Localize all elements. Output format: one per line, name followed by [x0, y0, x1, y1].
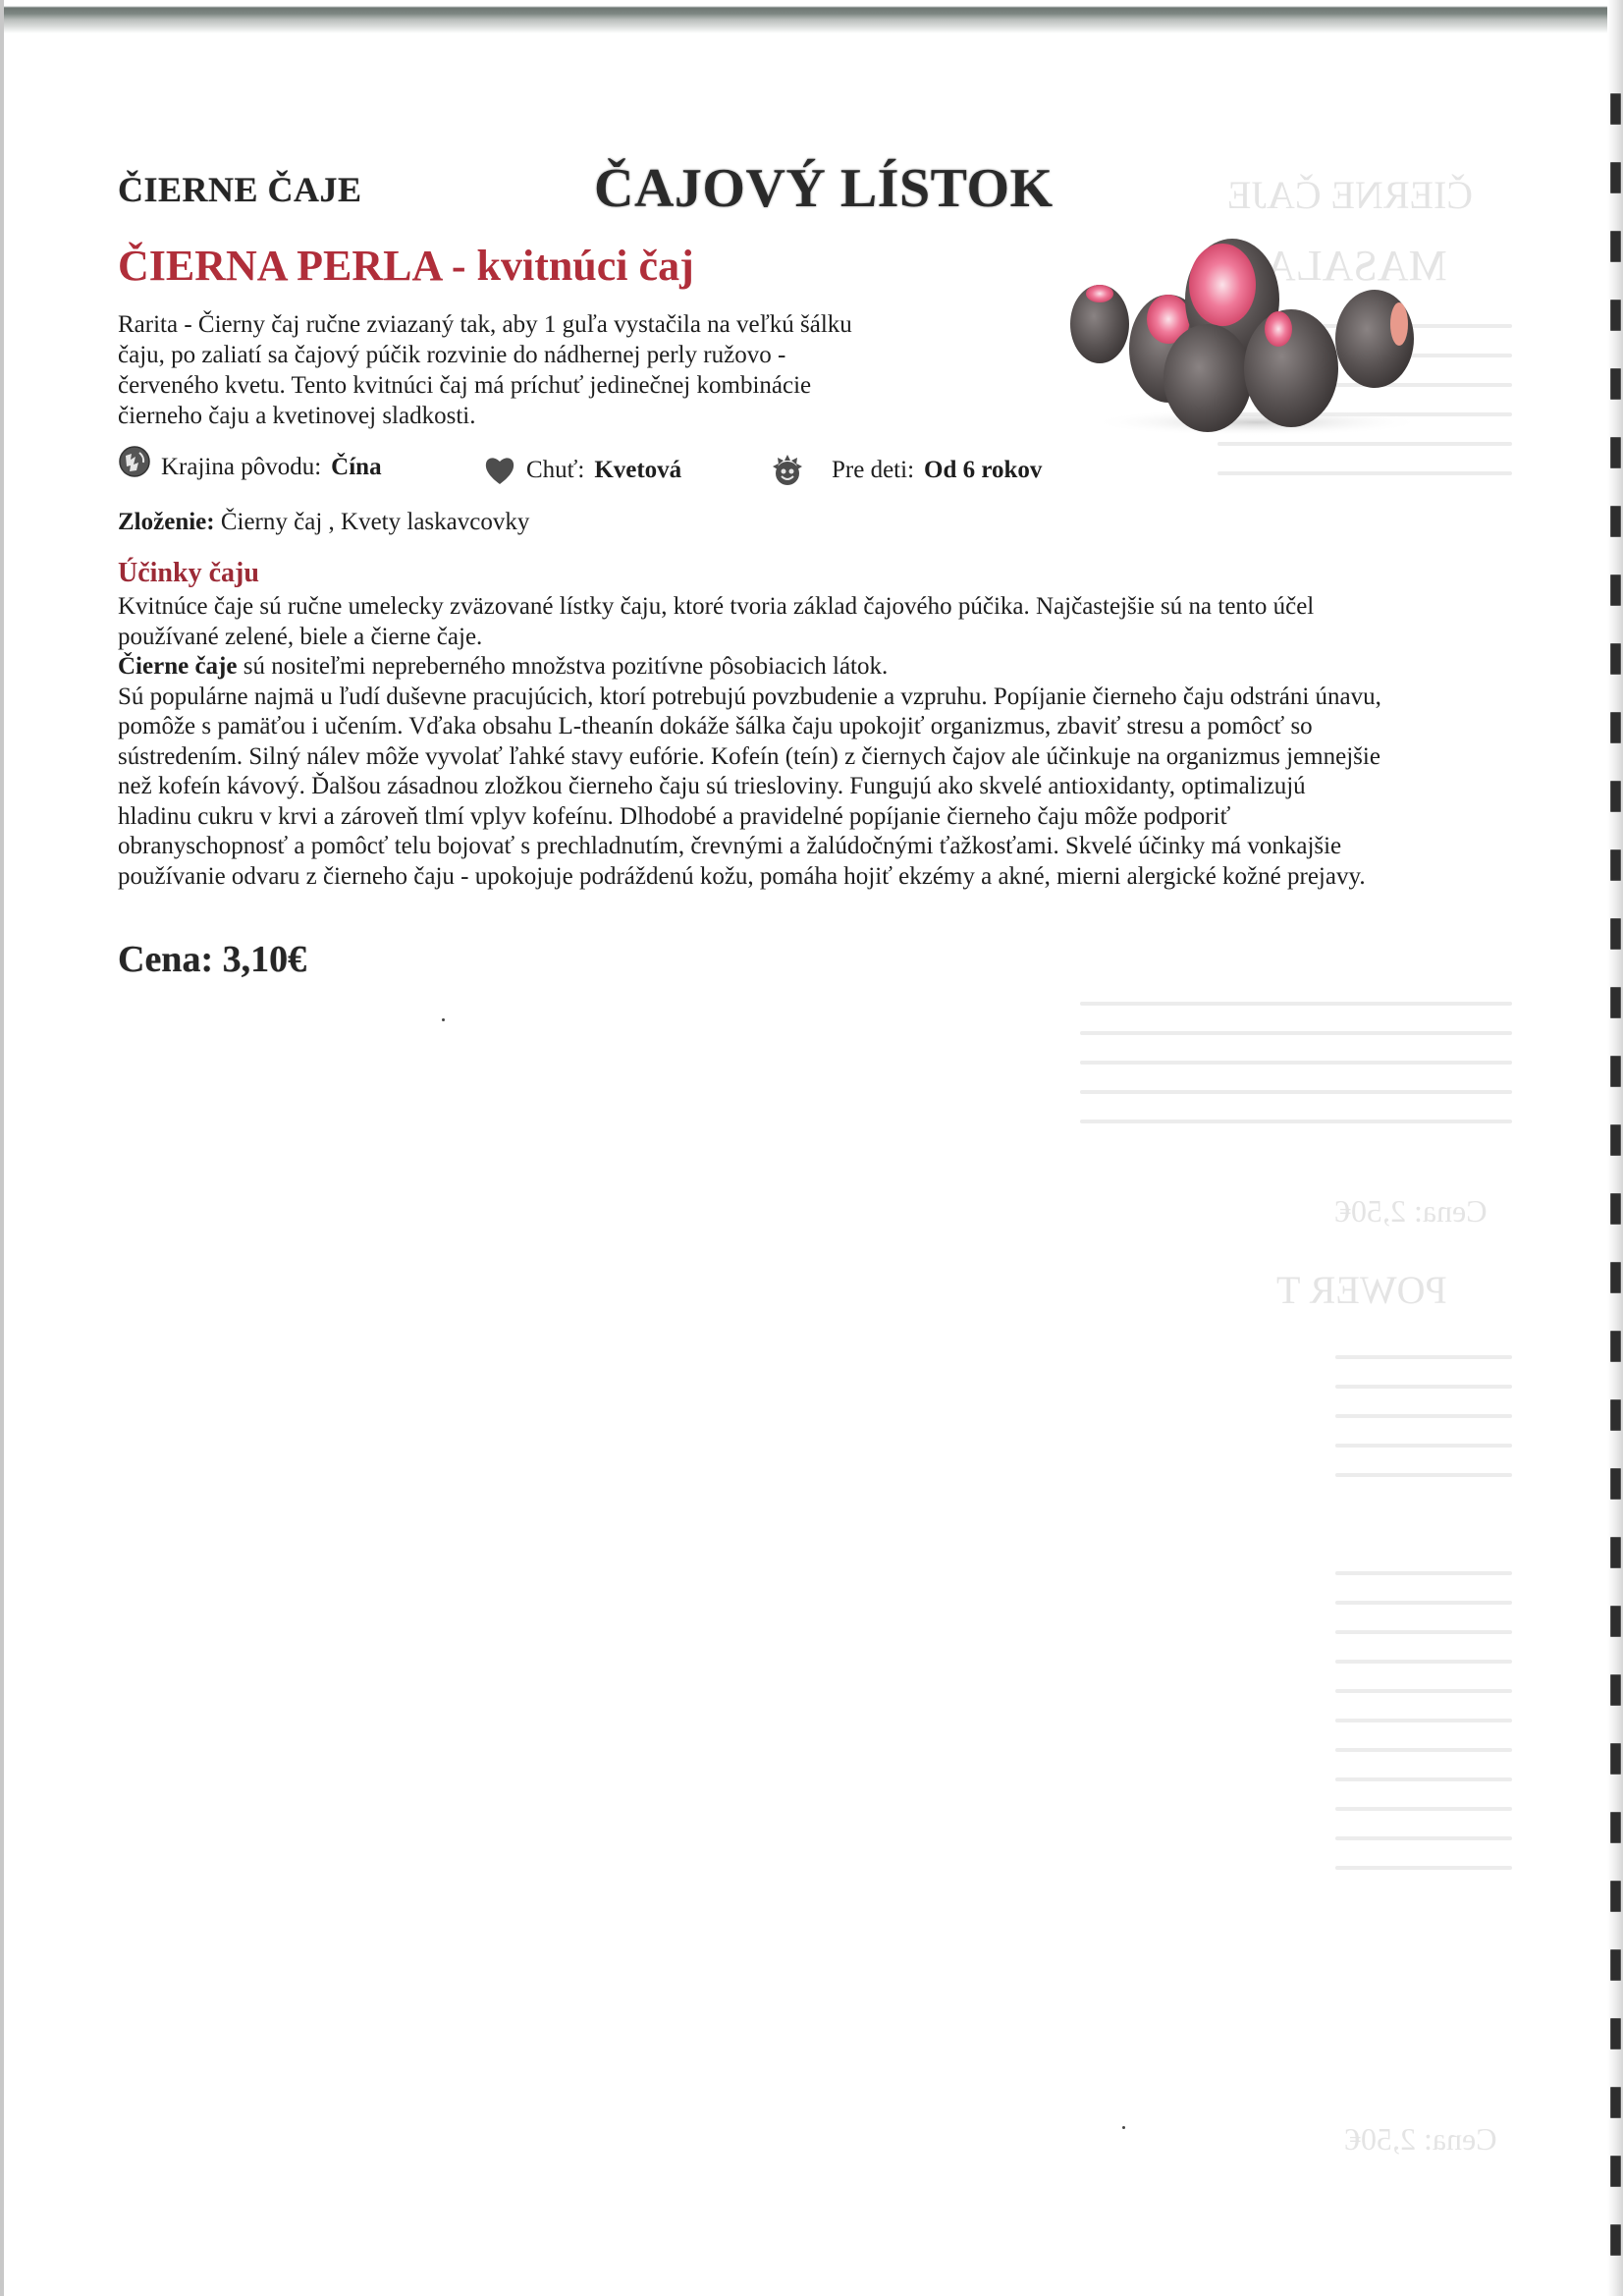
effects-line-rest: sú nositeľmi nepreberného množstva pozit… — [237, 653, 888, 680]
section-label: ČIERNE ČAJE — [118, 169, 362, 210]
taste-value: Kvetová — [594, 457, 681, 484]
scan-edge-left — [0, 0, 4, 2296]
binder-hole — [1610, 574, 1621, 606]
intro-line: Rarita - Čierny čaj ručne zviazaný tak, … — [118, 309, 982, 340]
binder-hole — [1610, 368, 1621, 400]
attribute-origin: Krajina pôvodu: Čína — [118, 454, 382, 481]
binder-hole — [1610, 300, 1621, 331]
effects-line: sústredením. Silný nálev môže vyvolať ľa… — [118, 742, 1532, 773]
tea-balls-image — [1070, 231, 1424, 437]
binder-hole — [1610, 1881, 1621, 1912]
bleed-through-text-block — [1335, 1355, 1512, 1503]
effects-line: než kofeín kávový. Ďalšou zásadnou zložk… — [118, 772, 1532, 802]
effects-line: používanie odvaru z čierneho čaju - upok… — [118, 862, 1532, 893]
composition-label: Zloženie: — [118, 509, 215, 535]
price: Cena: 3,10€ — [118, 938, 306, 981]
binder-hole — [1610, 2018, 1621, 2050]
scan-speck — [1122, 2126, 1125, 2129]
document-title: ČAJOVÝ LÍSTOK — [594, 157, 1054, 220]
children-value: Od 6 rokov — [924, 457, 1042, 484]
effects-line: Sú populárne najmä u ľudí duševne pracuj… — [118, 683, 1532, 713]
binder-hole — [1610, 1949, 1621, 1981]
bleed-through-section-label: ČIERNE ČAJE — [1227, 172, 1473, 218]
binder-hole — [1610, 1193, 1621, 1225]
bleed-through-text-block — [1335, 1571, 1512, 1895]
bleed-through-price: Cena: 2,50€ — [1345, 2121, 1497, 2158]
attribute-taste: Chuť: Kvetová — [483, 454, 681, 487]
effects-line: obranyschopnosť a pomôcť telu bojovať s … — [118, 832, 1532, 862]
binder-hole — [1610, 1468, 1621, 1500]
binder-hole — [1610, 1056, 1621, 1087]
intro-line: čierneho čaju a kvetinovej sladkosti. — [118, 401, 982, 431]
effects-line: Čierne čaje sú nositeľmi nepreberného mn… — [118, 652, 1532, 683]
effects-line: Kvitnúce čaje sú ručne umelecky zväzovan… — [118, 592, 1532, 623]
binder-hole — [1610, 1124, 1621, 1156]
binder-hole — [1610, 1262, 1621, 1293]
taste-label: Chuť: — [526, 457, 584, 484]
binder-edge — [1607, 0, 1623, 2296]
binder-hole — [1610, 437, 1621, 468]
tea-name: ČIERNA PERLA - kvitnúci čaj — [118, 241, 694, 291]
scan-edge-top — [0, 0, 1623, 33]
effects-text: Kvitnúce čaje sú ručne umelecky zväzovan… — [118, 592, 1532, 892]
intro-line: čaju, po zaliatí sa čajový púčik rozvini… — [118, 340, 982, 370]
binder-hole — [1610, 162, 1621, 193]
binder-hole — [1610, 2224, 1621, 2256]
binder-hole — [1610, 1674, 1621, 1706]
binder-hole — [1610, 1537, 1621, 1568]
binder-hole — [1610, 1399, 1621, 1431]
binder-hole — [1610, 643, 1621, 675]
effects-heading: Účinky čaju — [118, 558, 259, 589]
effects-line: pomôže s pamäťou i učením. Vďaka obsahu … — [118, 712, 1532, 742]
intro-line: červeného kvetu. Tento kvitnúci čaj má p… — [118, 370, 982, 401]
children-label: Pre deti: — [832, 457, 914, 484]
binder-hole — [1610, 1743, 1621, 1775]
bleed-through-price: Cena: 2,50€ — [1335, 1193, 1488, 1230]
heart-icon — [483, 454, 516, 487]
globe-icon — [118, 445, 151, 478]
tea-attributes: Krajina pôvodu: Čína Chuť: Kvetová — [118, 454, 1100, 493]
bleed-through-text-block — [1080, 1002, 1512, 1149]
binder-hole — [1610, 2156, 1621, 2187]
binder-hole — [1610, 987, 1621, 1018]
scanned-menu-page: ČIERNE ČAJE MASALA C Cena: 2,50€ POWER T… — [0, 0, 1623, 2296]
effects-line: hladinu cukru v krvi a zároveň tlmí vply… — [118, 802, 1532, 833]
bleed-through-heading: POWER T — [1276, 1267, 1447, 1313]
binder-hole — [1610, 712, 1621, 743]
binder-hole — [1610, 781, 1621, 812]
effects-line: používané zelené, biele a čierne čaje. — [118, 623, 1532, 653]
binder-hole — [1610, 231, 1621, 262]
sun-face-icon — [771, 454, 804, 487]
binder-hole — [1610, 918, 1621, 950]
composition-value: Čierny čaj , Kvety laskavcovky — [221, 509, 530, 535]
binder-hole — [1610, 2087, 1621, 2118]
attribute-children: Pre deti: Od 6 rokov — [771, 454, 1042, 487]
binder-hole — [1610, 93, 1621, 125]
tea-composition: Zloženie: Čierny čaj , Kvety laskavcovky — [118, 509, 529, 536]
binder-hole — [1610, 849, 1621, 881]
binder-hole — [1610, 1812, 1621, 1843]
binder-hole — [1610, 1331, 1621, 1362]
scan-speck — [442, 1018, 445, 1021]
origin-label: Krajina pôvodu: — [161, 454, 321, 481]
binder-hole — [1610, 506, 1621, 537]
tea-intro: Rarita - Čierny čaj ručne zviazaný tak, … — [118, 309, 982, 431]
origin-value: Čína — [331, 454, 381, 481]
black-teas-term: Čierne čaje — [118, 653, 237, 680]
binder-hole — [1610, 1606, 1621, 1637]
